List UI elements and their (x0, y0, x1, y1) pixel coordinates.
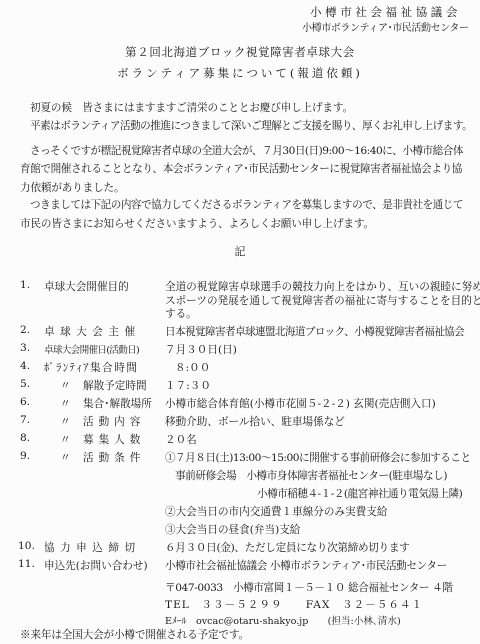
item-value: １７:３０ (165, 378, 211, 393)
item-number: 6. (20, 396, 30, 408)
item-value: 小樽市社会福祉協議会 小樽市ボランティア･市民活動センター (165, 558, 447, 573)
item-label: 卓球大会開催目的 (44, 279, 129, 294)
item-number: 3. (20, 342, 30, 354)
item-value: 日本視覚障害者卓球連盟北海道ブロック、小樽視覚障害者福祉協会 (165, 324, 464, 339)
item-value: 〒047-0033 小樽市富岡１－５－１０ 総合福祉センター ４階 (165, 580, 453, 595)
item-value: ８:００ (175, 360, 210, 375)
item-value: 全道の視覚障害卓球選手の競技力向上をはかり、互いの親睦に努め、 (165, 279, 480, 294)
item-value: ２０名 (165, 432, 197, 447)
item-number: 10. (18, 540, 35, 552)
item-value: 小樽市総合体育館(小樽市花園５-２-２) 玄関(売店側入口) (165, 396, 436, 411)
title-line-1: 第２回北海道ブロック視覚障害者卓球大会 (0, 44, 480, 60)
item-label: 申込先(お問い合わせ) (44, 558, 148, 573)
item-number: 2. (20, 324, 30, 336)
item-value: ６月３０日(金)、ただし定員になり次第締め切ります (165, 540, 409, 555)
item-label: 集合･解散場所 (83, 396, 152, 411)
recruit-line-1: つきましては下記の内容で協力してくださるボランティアを募集しますので、是非貴社を… (30, 197, 463, 212)
title-line-2: ボランティア募集について(報道依頼) (0, 65, 480, 81)
ditto-mark: 〃 (60, 378, 71, 393)
greeting-line-1: 初夏の候 皆さまにはますますご清栄のこととお慶び申し上げます。 (30, 100, 353, 115)
item-value: ②大会当日の市内交通費１車線分のみ実費支給 (165, 504, 387, 519)
ditto-mark: 〃 (60, 396, 71, 411)
item-label: ﾎﾞﾗﾝﾃｨｱ集合時間 (44, 360, 138, 375)
contact-email: Eﾒｰﾙ ovcac@otaru-shakyo.jp (担当:小林､清水) (165, 613, 401, 627)
ditto-mark: 〃 (60, 432, 71, 447)
item-number: 9. (20, 450, 30, 462)
item-label: 卓球大会主催 (44, 324, 141, 339)
item-value: 事前研修会場 小樽市身体障害者福祉センター(駐車場なし) (175, 468, 447, 483)
item-number: 8. (20, 432, 30, 444)
org-name: 小樽市社会福祉協議会 (310, 4, 461, 20)
greeting-line-2: 平素はボランティア活動の推進につきまして深いご理解とご支援を賜り、厚くお礼申し上… (30, 118, 472, 133)
item-number: 4. (20, 360, 30, 372)
item-label: 解散予定時間 (83, 378, 147, 393)
item-value: 小樽市稲穂４-１-２(龍宮神社通り電気湯上隣) (257, 486, 462, 501)
item-label: 活動内容 (83, 414, 145, 429)
item-value: する。 (165, 306, 197, 321)
recruit-line-2: 市民の皆さまにお知らせくださいますよう、よろしくお願い申し上げます。 (20, 216, 374, 231)
item-value: ①７月８日(土)13:00～15:00に開催する事前研修会に参加すること (165, 450, 471, 465)
item-label: 募集人数 (83, 432, 145, 447)
item-value: ７月３０日(日) (165, 342, 237, 357)
item-number: 7. (20, 414, 30, 426)
ki-heading: 記 (0, 243, 480, 259)
org-subdivision: 小樽市ボランティア･市民活動センター (302, 19, 469, 34)
ditto-mark: 〃 (60, 450, 71, 465)
item-value: ③大会当日の昼食(弁当)支給 (165, 522, 300, 537)
item-number: 5. (20, 378, 30, 390)
item-value: スポーツの発展を通して視覚障害者の福祉に寄与することを目的と (165, 293, 480, 308)
request-line-3: 力依頼がありました。 (20, 180, 124, 195)
ditto-mark: 〃 (60, 414, 71, 429)
request-line-2: 育館で開催されることとなり、本会ボランティア･市民活動センターに視覚障害者福祉協… (20, 161, 462, 176)
item-label: 協力申込締切 (44, 540, 141, 555)
item-value: 移動介助、ボール拾い、駐車場係など (165, 414, 345, 429)
item-value: TEL ３３－５２９９ FAX ３２－５６４１ (165, 597, 423, 612)
footnote: ※来年は全国大会が小樽で開催される予定です。 (20, 627, 249, 642)
request-line-1: さっそくですが標記視覚障害者卓球の全道大会が、７月30日(日)9:00～16:4… (30, 143, 463, 158)
item-label: 卓球大会開催日(活動日) (44, 342, 139, 356)
item-number: 1. (20, 279, 30, 291)
item-number: 11. (18, 558, 35, 570)
item-label: 活動条件 (83, 450, 145, 465)
